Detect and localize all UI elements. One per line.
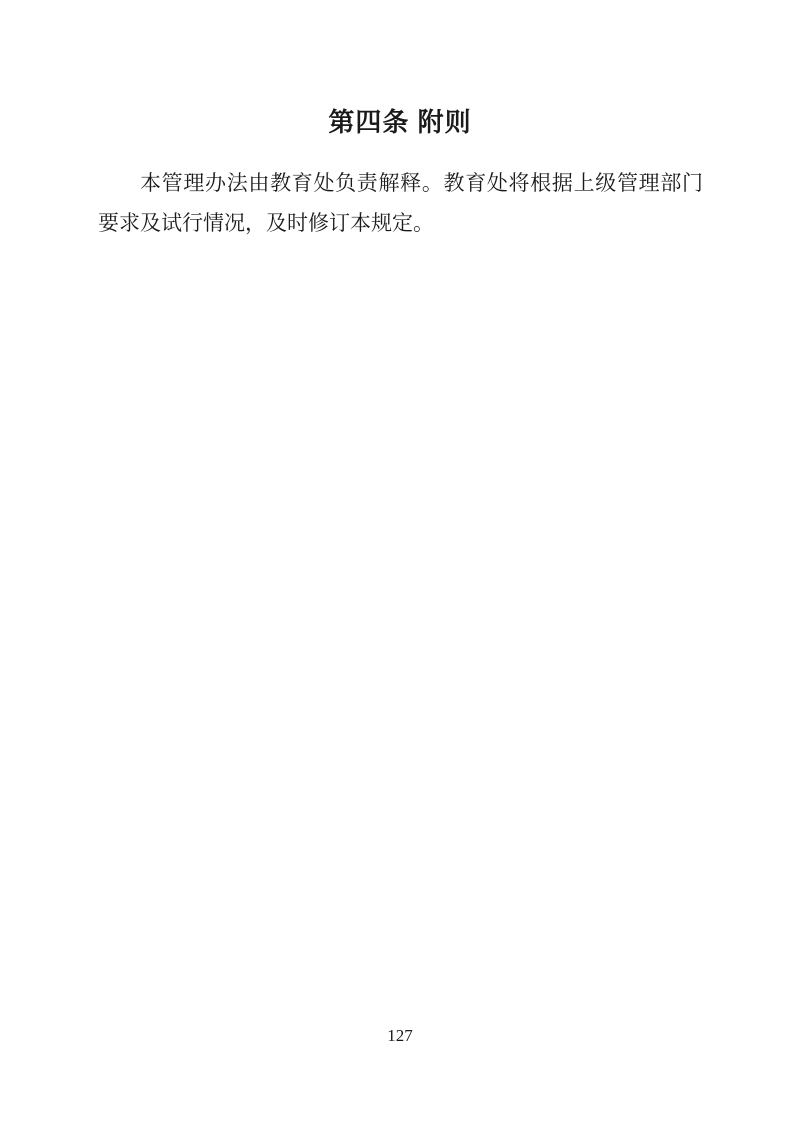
- body-paragraph: 本管理办法由教育处负责解释。教育处将根据上级管理部门要求及试行情况，及时修订本规…: [98, 163, 703, 243]
- document-page: 第四条 附则 本管理办法由教育处负责解释。教育处将根据上级管理部门要求及试行情况…: [0, 0, 800, 1129]
- page-number: 127: [0, 1026, 800, 1046]
- section-heading: 第四条 附则: [0, 0, 800, 139]
